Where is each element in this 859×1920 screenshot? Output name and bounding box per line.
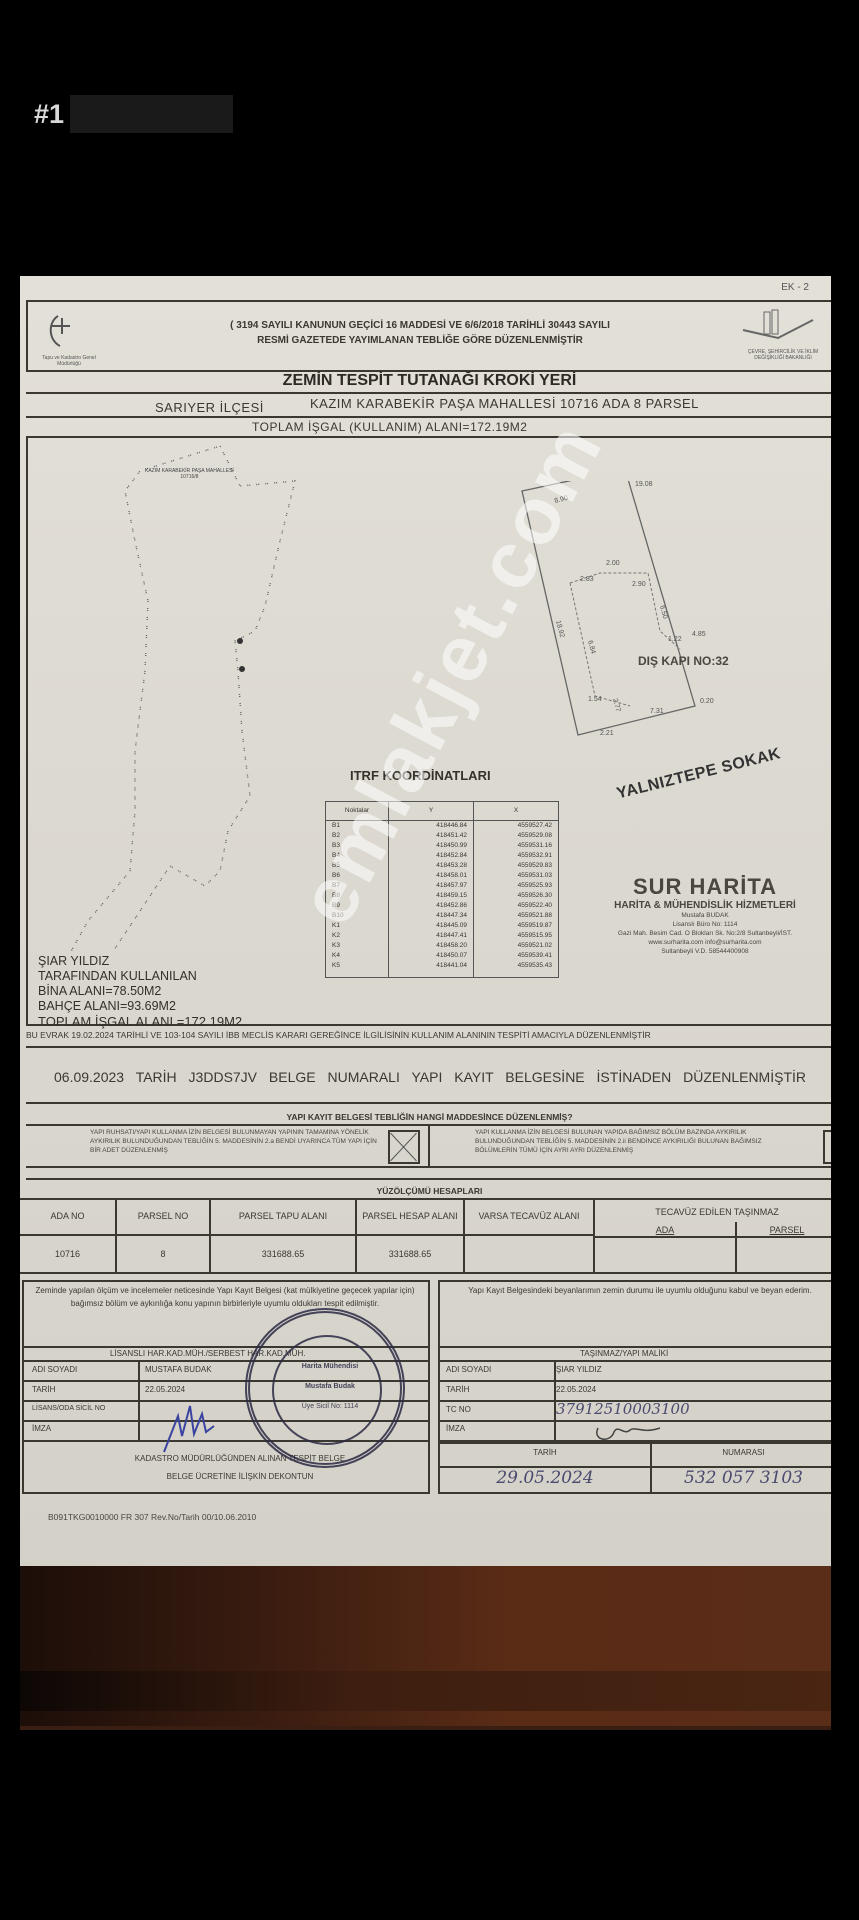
parcel-map-label: KAZIM KARABEKİR PAŞA MAHALLESİ 10716/8 xyxy=(145,468,234,480)
location: KAZIM KARABEKİR PAŞA MAHALLESİ 10716 ADA… xyxy=(310,396,699,411)
ada-no-value: 10716 xyxy=(20,1236,115,1272)
svg-text:2.90: 2.90 xyxy=(632,581,646,588)
svg-text:1.54: 1.54 xyxy=(588,696,602,703)
usage-summary: ŞIAR YILDIZ TARAFINDAN KULLANILAN BİNA A… xyxy=(38,954,242,1029)
owner-date: 22.05.2024 xyxy=(556,1385,596,1394)
door-number: DIŞ KAPI NO:32 xyxy=(638,654,729,668)
itrf-row: K2418447.414559515.95 xyxy=(326,931,559,941)
madde-right-text: YAPI KULLANMA İZİN BELGESİ BULUNAN YAPID… xyxy=(475,1128,795,1155)
paper-sheet: EK - 2 Tapu ve Kadastro Genel Müdürlüğü … xyxy=(20,276,839,1566)
svg-text:2.21: 2.21 xyxy=(600,730,614,737)
engineer-signature xyxy=(160,1396,220,1456)
svg-text:2.77: 2.77 xyxy=(611,698,621,713)
itrf-row: B9418452.864559522.40 xyxy=(326,901,559,911)
madde-left-text: YAPI RUHSATI/YAPI KULLANMA İZİN BELGESİ … xyxy=(90,1128,380,1155)
itrf-row: B10418447.344559521.88 xyxy=(326,911,559,921)
hesap-area-value: 331688.65 xyxy=(357,1236,463,1272)
itrf-row: B6418458.014559531.03 xyxy=(326,871,559,881)
itrf-row: K3418458.204559521.02 xyxy=(326,941,559,951)
post-header: #1 xyxy=(34,95,233,133)
notice-line: BU EVRAK 19.02.2024 TARİHLİ VE 103-104 S… xyxy=(26,1030,651,1040)
tkgm-logo-icon xyxy=(38,312,78,350)
engineer-declaration: Zeminde yapılan ölçüm ve incelemeler net… xyxy=(20,1284,430,1310)
svg-text:1.22: 1.22 xyxy=(668,636,682,643)
itrf-row: B8418459.154559526.30 xyxy=(326,891,559,901)
itrf-row: K5418441.044559535.43 xyxy=(326,961,559,978)
wooden-table-edge xyxy=(20,1671,839,1711)
owner-declaration: Yapı Kayıt Belgesindeki beyanlarımın zem… xyxy=(445,1284,835,1297)
parsel-no-value: 8 xyxy=(117,1236,209,1272)
svg-text:4.85: 4.85 xyxy=(692,631,706,638)
engineer-date: 22.05.2024 xyxy=(145,1385,185,1394)
svg-text:2.83: 2.83 xyxy=(580,576,594,583)
engineer-seal: Harita Mühendisi Mustafa Budak Üye Sicil… xyxy=(245,1308,405,1468)
ek-label: EK - 2 xyxy=(781,282,809,293)
ministry-logo-icon xyxy=(738,308,818,344)
receipt-number: 532 057 3103 xyxy=(652,1468,835,1488)
tapu-area-value: 331688.65 xyxy=(211,1236,355,1272)
document-title: ZEMİN TESPİT TUTANAĞI KROKİ YERİ xyxy=(20,372,839,390)
svg-text:6.84: 6.84 xyxy=(586,640,596,655)
svg-text:6.50: 6.50 xyxy=(658,605,668,620)
itrf-row: B3418450.994559531.16 xyxy=(326,841,559,851)
madde-title: YAPI KAYIT BELGESİ TEBLİĞİN HANGİ MADDES… xyxy=(20,1112,839,1122)
itrf-title: ITRF KOORDİNATLARI xyxy=(350,768,491,783)
svg-text:0.20: 0.20 xyxy=(700,698,714,705)
belge-line: 06.09.2023 TARİH J3DDS7JV BELGE NUMARALI… xyxy=(54,1069,806,1085)
district: SARIYER İLÇESİ xyxy=(155,400,264,415)
itrf-row: B4418452.844559532.91 xyxy=(326,851,559,861)
ministry-logo: ÇEVRE, ŞEHİRCİLİK VE İKLİM DEĞİŞİKLİĞİ B… xyxy=(738,308,828,368)
building-sketch: 8.90 19.08 18.92 2.00 2.83 2.90 6.50 1.2… xyxy=(500,481,730,761)
header-text: ( 3194 SAYILI KANUNUN GEÇİCİ 16 MADDESİ … xyxy=(180,318,660,348)
redacted-username xyxy=(70,95,233,133)
svg-text:7.31: 7.31 xyxy=(650,708,664,715)
svg-text:2.00: 2.00 xyxy=(606,560,620,567)
svg-text:8.90: 8.90 xyxy=(554,495,569,505)
area-calc-title: YÜZÖLÇÜMÜ HESAPLARI xyxy=(20,1186,839,1196)
owner-name: ŞIAR YILDIZ xyxy=(556,1365,602,1374)
post-number: #1 xyxy=(34,99,64,130)
document-photo: EK - 2 Tapu ve Kadastro Genel Müdürlüğü … xyxy=(20,276,839,1730)
receipt-date: 29.05.2024 xyxy=(440,1468,650,1488)
itrf-row: B1418446.844559527.42 xyxy=(326,821,559,832)
itrf-row: K4418450.074559539.41 xyxy=(326,951,559,961)
company-stamp: SUR HARİTA HARİTA & MÜHENDİSLİK HİZMETLE… xyxy=(580,874,830,956)
form-code: B091TKG0010000 FR 307 Rev.No/Tarih 00/10… xyxy=(48,1512,256,1522)
itrf-row: B2418451.424559529.08 xyxy=(326,831,559,841)
itrf-row: B5418453.284559529.83 xyxy=(326,861,559,871)
itrf-coordinates-table: Noktalar Y X B1418446.844559527.42B24184… xyxy=(325,801,559,978)
tkgm-logo: Tapu ve Kadastro Genel Müdürlüğü xyxy=(38,312,100,364)
itrf-row: B7418457.974559525.93 xyxy=(326,881,559,891)
svg-text:19.08: 19.08 xyxy=(635,481,653,488)
madde-left-checkbox[interactable] xyxy=(388,1130,420,1164)
engineer-name: MUSTAFA BUDAK xyxy=(145,1365,212,1374)
itrf-row: K1418445.094559519.87 xyxy=(326,921,559,931)
parcel-map xyxy=(40,431,300,951)
